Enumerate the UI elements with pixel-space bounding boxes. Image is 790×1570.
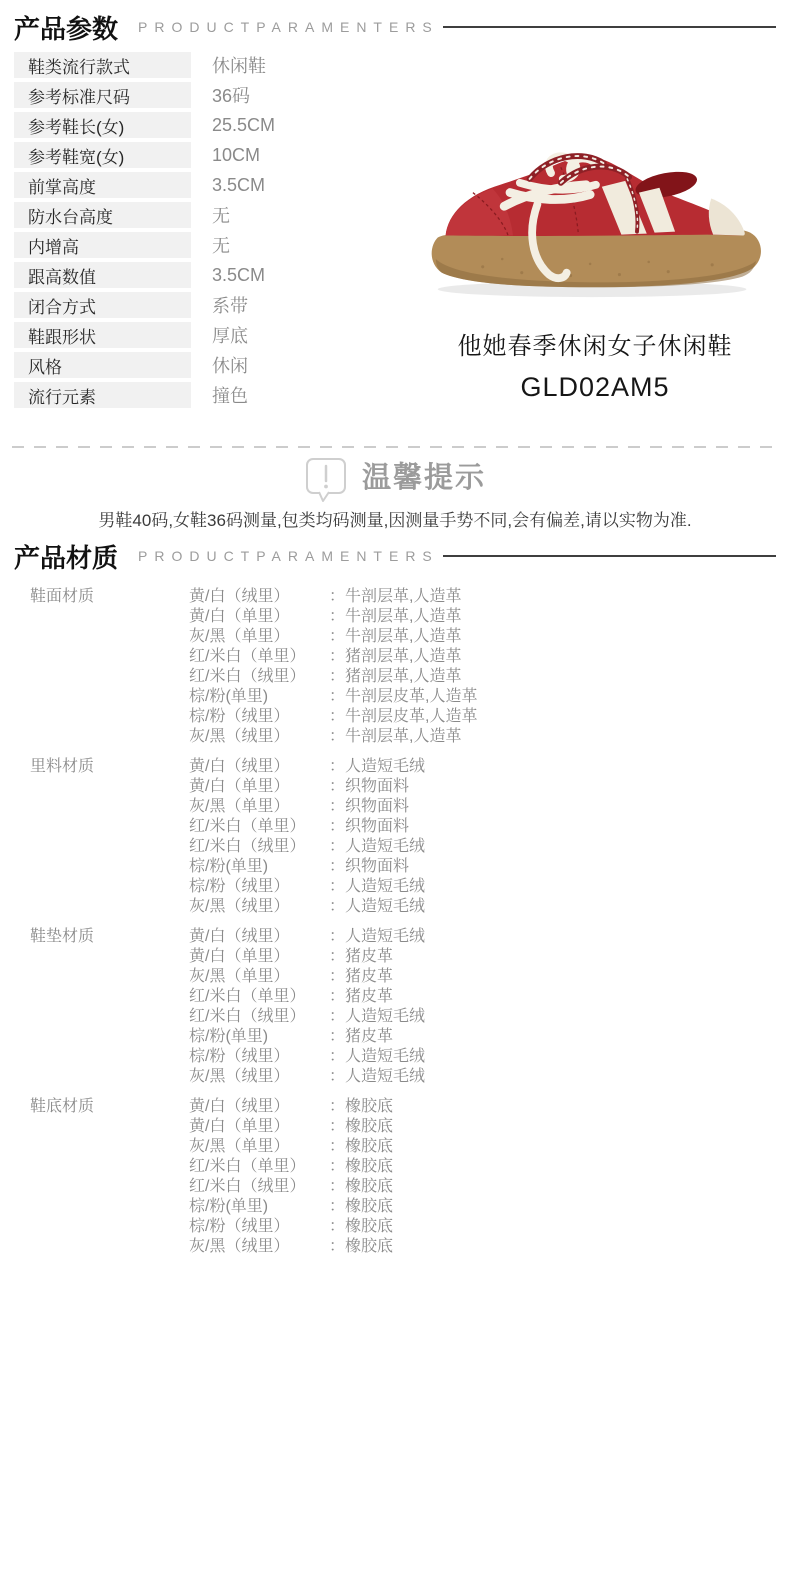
materials-section-header: 产品材质 PRODUCTPARAMENTERS: [0, 539, 790, 573]
param-value: 系带: [212, 292, 248, 318]
material-variant: 灰/黑（绒里）: [189, 1237, 329, 1257]
material-row: 棕/粉(单里) ：牛剖层皮革,人造革: [189, 687, 477, 707]
param-label: 参考鞋长(女): [14, 112, 191, 138]
material-value: ：橡胶底: [329, 1097, 393, 1117]
material-variant: 红/米白（绒里）: [189, 1007, 329, 1027]
dashed-divider: [12, 446, 778, 448]
material-row: 棕/粉(单里) ：橡胶底: [189, 1197, 393, 1217]
param-value: 厚底: [212, 322, 248, 348]
product-column: 他她春季休闲女子休闲鞋 GLD02AM5: [414, 52, 776, 412]
material-row: 红/米白（单里） ：猪皮革: [189, 987, 425, 1007]
material-value: ：织物面料: [329, 817, 409, 837]
param-label: 跟高数值: [14, 262, 191, 288]
material-group-rows: 黄/白（绒里） ：人造短毛绒 黄/白（单里） ：猪皮革 灰/黑（单里） ：猪皮革…: [189, 927, 425, 1087]
param-row: 闭合方式 系带: [14, 292, 414, 318]
param-row: 前掌高度 3.5CM: [14, 172, 414, 198]
material-value: ：猪剖层革,人造革: [329, 647, 461, 667]
material-group-label: 鞋底材质: [14, 1097, 189, 1257]
material-row: 灰/黑（单里） ：猪皮革: [189, 967, 425, 987]
material-variant: 棕/粉(单里): [189, 687, 329, 707]
material-variant: 红/米白（绒里）: [189, 1177, 329, 1197]
material-variant: 灰/黑（绒里）: [189, 727, 329, 747]
material-group-label: 里料材质: [14, 757, 189, 917]
header-rule-line: [443, 26, 776, 28]
param-label: 前掌高度: [14, 172, 191, 198]
material-value: ：人造短毛绒: [329, 877, 425, 897]
param-value: 休闲鞋: [212, 52, 266, 78]
material-row: 黄/白（绒里） ：橡胶底: [189, 1097, 393, 1117]
param-row: 防水台高度 无: [14, 202, 414, 228]
material-value: ：猪皮革: [329, 1027, 393, 1047]
notice-block: 温馨提示 男鞋40码,女鞋36码测量,包类均码测量,因测量手势不同,会有偏差,请…: [0, 456, 790, 531]
material-value: ：橡胶底: [329, 1137, 393, 1157]
material-value: ：织物面料: [329, 857, 409, 877]
material-group-rows: 黄/白（绒里） ：牛剖层革,人造革 黄/白（单里） ：牛剖层革,人造革 灰/黑（…: [189, 587, 477, 747]
material-value: ：橡胶底: [329, 1177, 393, 1197]
materials-section-title: 产品材质: [14, 538, 118, 575]
material-value: ：人造短毛绒: [329, 897, 425, 917]
material-row: 红/米白（绒里） ：人造短毛绒: [189, 1007, 425, 1027]
param-row: 鞋类流行款式 休闲鞋: [14, 52, 414, 78]
material-variant: 棕/粉(单里): [189, 1027, 329, 1047]
material-value: ：猪皮革: [329, 987, 393, 1007]
material-value: ：橡胶底: [329, 1217, 393, 1237]
material-value: ：牛剖层革,人造革: [329, 727, 461, 747]
param-label: 防水台高度: [14, 202, 191, 228]
material-value: ：猪剖层革,人造革: [329, 667, 461, 687]
material-row: 灰/黑（单里） ：织物面料: [189, 797, 425, 817]
material-value: ：橡胶底: [329, 1197, 393, 1217]
materials-list: 鞋面材质 黄/白（绒里） ：牛剖层革,人造革 黄/白（单里） ：牛剖层革,人造革…: [0, 573, 790, 1257]
material-value: ：人造短毛绒: [329, 837, 425, 857]
product-code: GLD02AM5: [520, 372, 669, 403]
material-value: ：猪皮革: [329, 947, 393, 967]
material-variant: 灰/黑（单里）: [189, 967, 329, 987]
material-variant: 棕/粉（绒里）: [189, 1047, 329, 1067]
material-value: ：牛剖层皮革,人造革: [329, 687, 477, 707]
material-variant: 棕/粉（绒里）: [189, 707, 329, 727]
material-row: 红/米白（单里） ：橡胶底: [189, 1157, 393, 1177]
material-variant: 棕/粉(单里): [189, 1197, 329, 1217]
param-value: 3.5CM: [212, 262, 265, 288]
param-value: 25.5CM: [212, 112, 275, 138]
params-table: 鞋类流行款式 休闲鞋 参考标准尺码 36码 参考鞋长(女) 25.5CM 参考鞋…: [14, 52, 414, 412]
material-row: 灰/黑（绒里） ：牛剖层革,人造革: [189, 727, 477, 747]
material-group: 鞋垫材质 黄/白（绒里） ：人造短毛绒 黄/白（单里） ：猪皮革 灰/黑（单里）…: [14, 927, 776, 1087]
material-variant: 红/米白（绒里）: [189, 837, 329, 857]
material-row: 黄/白（单里） ：橡胶底: [189, 1117, 393, 1137]
params-content-row: 鞋类流行款式 休闲鞋 参考标准尺码 36码 参考鞋长(女) 25.5CM 参考鞋…: [0, 44, 790, 412]
material-variant: 红/米白（单里）: [189, 987, 329, 1007]
material-variant: 黄/白（单里）: [189, 1117, 329, 1137]
material-row: 灰/黑（绒里） ：橡胶底: [189, 1237, 393, 1257]
material-variant: 灰/黑（单里）: [189, 1137, 329, 1157]
material-variant: 黄/白（单里）: [189, 607, 329, 627]
param-label: 闭合方式: [14, 292, 191, 318]
param-value: 10CM: [212, 142, 260, 168]
material-row: 棕/粉（绒里） ：人造短毛绒: [189, 877, 425, 897]
material-variant: 黄/白（单里）: [189, 947, 329, 967]
materials-section-subtitle: PRODUCTPARAMENTERS: [138, 548, 439, 564]
notice-title: 温馨提示: [362, 456, 486, 500]
param-row: 跟高数值 3.5CM: [14, 262, 414, 288]
material-variant: 灰/黑（绒里）: [189, 897, 329, 917]
material-variant: 灰/黑（绒里）: [189, 1067, 329, 1087]
material-value: ：人造短毛绒: [329, 1007, 425, 1027]
param-label: 风格: [14, 352, 191, 378]
material-value: ：橡胶底: [329, 1117, 393, 1137]
material-value: ：织物面料: [329, 777, 409, 797]
material-row: 黄/白（绒里） ：人造短毛绒: [189, 927, 425, 947]
material-variant: 棕/粉(单里): [189, 857, 329, 877]
material-row: 黄/白（绒里） ：人造短毛绒: [189, 757, 425, 777]
material-variant: 红/米白（绒里）: [189, 667, 329, 687]
material-row: 棕/粉(单里) ：猪皮革: [189, 1027, 425, 1047]
material-group-label: 鞋面材质: [14, 587, 189, 747]
material-value: ：牛剖层皮革,人造革: [329, 707, 477, 727]
param-value: 休闲: [212, 352, 248, 378]
param-row: 内增高 无: [14, 232, 414, 258]
param-row: 参考标准尺码 36码: [14, 82, 414, 108]
material-value: ：牛剖层革,人造革: [329, 607, 461, 627]
param-label: 参考鞋宽(女): [14, 142, 191, 168]
material-row: 黄/白（绒里） ：牛剖层革,人造革: [189, 587, 477, 607]
material-variant: 黄/白（单里）: [189, 777, 329, 797]
material-value: ：牛剖层革,人造革: [329, 587, 461, 607]
material-value: ：人造短毛绒: [329, 1047, 425, 1067]
material-group: 鞋面材质 黄/白（绒里） ：牛剖层革,人造革 黄/白（单里） ：牛剖层革,人造革…: [14, 587, 776, 747]
param-value: 无: [212, 232, 230, 258]
material-row: 棕/粉（绒里） ：橡胶底: [189, 1217, 393, 1237]
material-group-rows: 黄/白（绒里） ：橡胶底 黄/白（单里） ：橡胶底 灰/黑（单里） ：橡胶底 红…: [189, 1097, 393, 1257]
material-variant: 黄/白（绒里）: [189, 587, 329, 607]
param-row: 鞋跟形状 厚底: [14, 322, 414, 348]
material-variant: 红/米白（单里）: [189, 647, 329, 667]
param-value: 3.5CM: [212, 172, 265, 198]
material-row: 红/米白（单里） ：织物面料: [189, 817, 425, 837]
material-variant: 黄/白（绒里）: [189, 757, 329, 777]
material-value: ：橡胶底: [329, 1157, 393, 1177]
material-variant: 棕/粉（绒里）: [189, 877, 329, 897]
material-value: ：牛剖层革,人造革: [329, 627, 461, 647]
material-row: 棕/粉（绒里） ：人造短毛绒: [189, 1047, 425, 1067]
material-row: 黄/白（单里） ：猪皮革: [189, 947, 425, 967]
material-variant: 黄/白（绒里）: [189, 927, 329, 947]
material-row: 灰/黑（单里） ：牛剖层革,人造革: [189, 627, 477, 647]
exclamation-bubble-icon: [304, 456, 348, 504]
material-value: ：人造短毛绒: [329, 927, 425, 947]
material-row: 红/米白（单里） ：猪剖层革,人造革: [189, 647, 477, 667]
material-row: 灰/黑（单里） ：橡胶底: [189, 1137, 393, 1157]
param-row: 流行元素 撞色: [14, 382, 414, 408]
material-row: 红/米白（绒里） ：人造短毛绒: [189, 837, 425, 857]
material-variant: 棕/粉（绒里）: [189, 1217, 329, 1237]
material-row: 棕/粉（绒里） ：牛剖层皮革,人造革: [189, 707, 477, 727]
notice-header: 温馨提示: [0, 456, 790, 504]
material-row: 红/米白（绒里） ：猪剖层革,人造革: [189, 667, 477, 687]
header-rule-line: [443, 555, 776, 557]
notice-text: 男鞋40码,女鞋36码测量,包类均码测量,因测量手势不同,会有偏差,请以实物为准…: [0, 506, 790, 531]
material-group-label: 鞋垫材质: [14, 927, 189, 1087]
material-value: ：织物面料: [329, 797, 409, 817]
material-row: 红/米白（绒里） ：橡胶底: [189, 1177, 393, 1197]
product-name: 他她春季休闲女子休闲鞋: [458, 326, 733, 361]
material-row: 灰/黑（绒里） ：人造短毛绒: [189, 897, 425, 917]
material-value: ：人造短毛绒: [329, 1067, 425, 1087]
param-label: 流行元素: [14, 382, 191, 408]
material-group-rows: 黄/白（绒里） ：人造短毛绒 黄/白（单里） ：织物面料 灰/黑（单里） ：织物…: [189, 757, 425, 917]
material-variant: 灰/黑（单里）: [189, 627, 329, 647]
param-label: 内增高: [14, 232, 191, 258]
material-value: ：人造短毛绒: [329, 757, 425, 777]
material-variant: 红/米白（单里）: [189, 1157, 329, 1177]
material-row: 灰/黑（绒里） ：人造短毛绒: [189, 1067, 425, 1087]
param-row: 风格 休闲: [14, 352, 414, 378]
material-variant: 灰/黑（单里）: [189, 797, 329, 817]
param-label: 鞋类流行款式: [14, 52, 191, 78]
material-group: 里料材质 黄/白（绒里） ：人造短毛绒 黄/白（单里） ：织物面料 灰/黑（单里…: [14, 757, 776, 917]
material-row: 黄/白（单里） ：织物面料: [189, 777, 425, 797]
params-section-title: 产品参数: [14, 9, 118, 46]
param-value: 36码: [212, 82, 250, 108]
param-label: 参考标准尺码: [14, 82, 191, 108]
params-section-header: 产品参数 PRODUCTPARAMENTERS: [0, 10, 790, 44]
material-row: 棕/粉(单里) ：织物面料: [189, 857, 425, 877]
material-variant: 红/米白（单里）: [189, 817, 329, 837]
param-label: 鞋跟形状: [14, 322, 191, 348]
material-value: ：猪皮革: [329, 967, 393, 987]
params-section-subtitle: PRODUCTPARAMENTERS: [138, 19, 439, 35]
param-value: 无: [212, 202, 230, 228]
param-value: 撞色: [212, 382, 248, 408]
material-group: 鞋底材质 黄/白（绒里） ：橡胶底 黄/白（单里） ：橡胶底 灰/黑（单里） ：…: [14, 1097, 776, 1257]
material-variant: 黄/白（绒里）: [189, 1097, 329, 1117]
param-row: 参考鞋长(女) 25.5CM: [14, 112, 414, 138]
param-row: 参考鞋宽(女) 10CM: [14, 142, 414, 168]
material-row: 黄/白（单里） ：牛剖层革,人造革: [189, 607, 477, 627]
material-value: ：橡胶底: [329, 1237, 393, 1257]
product-image-sneaker: [414, 134, 776, 300]
